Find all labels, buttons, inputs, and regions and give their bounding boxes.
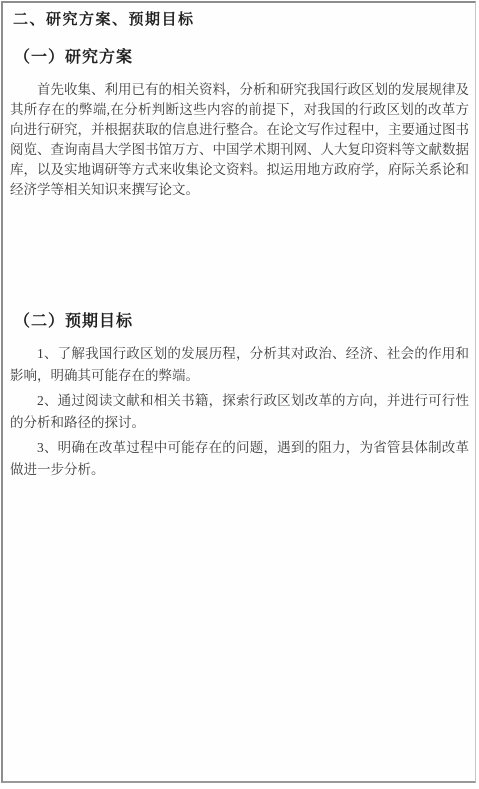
document-page-background: { "doc": { "title": "二、研究方案、预期目标", "sect…: [0, 0, 479, 789]
document-title: 二、研究方案、预期目标: [13, 11, 465, 29]
section-heading-expected-goals: （二）预期目标: [14, 312, 465, 331]
document-cell-frame: 二、研究方案、预期目标 （一）研究方案 首先收集、利用已有的相关资料，分析和研究…: [1, 1, 476, 783]
expected-goal-item-1: 1、了解我国行政区划的发展历程，分析其对政治、经济、社会的作用和影响，明确其可能…: [10, 343, 469, 387]
expected-goal-item-2: 2、通过阅读文献和相关书籍，探索行政区划改革的方向，并进行可行性的分析和路径的探…: [10, 390, 469, 434]
document-title-text: 二、研究方案、预期目标: [13, 12, 195, 28]
expected-goal-item-3: 3、明确在改革过程中可能存在的问题，遇到的阻力，为省管县体制改革做进一步分析。: [10, 437, 469, 481]
section-heading-research-plan: （一）研究方案: [14, 48, 465, 67]
research-plan-paragraph: 首先收集、利用已有的相关资料，分析和研究我国行政区划的发展规律及其所存在的弊端,…: [10, 80, 469, 200]
